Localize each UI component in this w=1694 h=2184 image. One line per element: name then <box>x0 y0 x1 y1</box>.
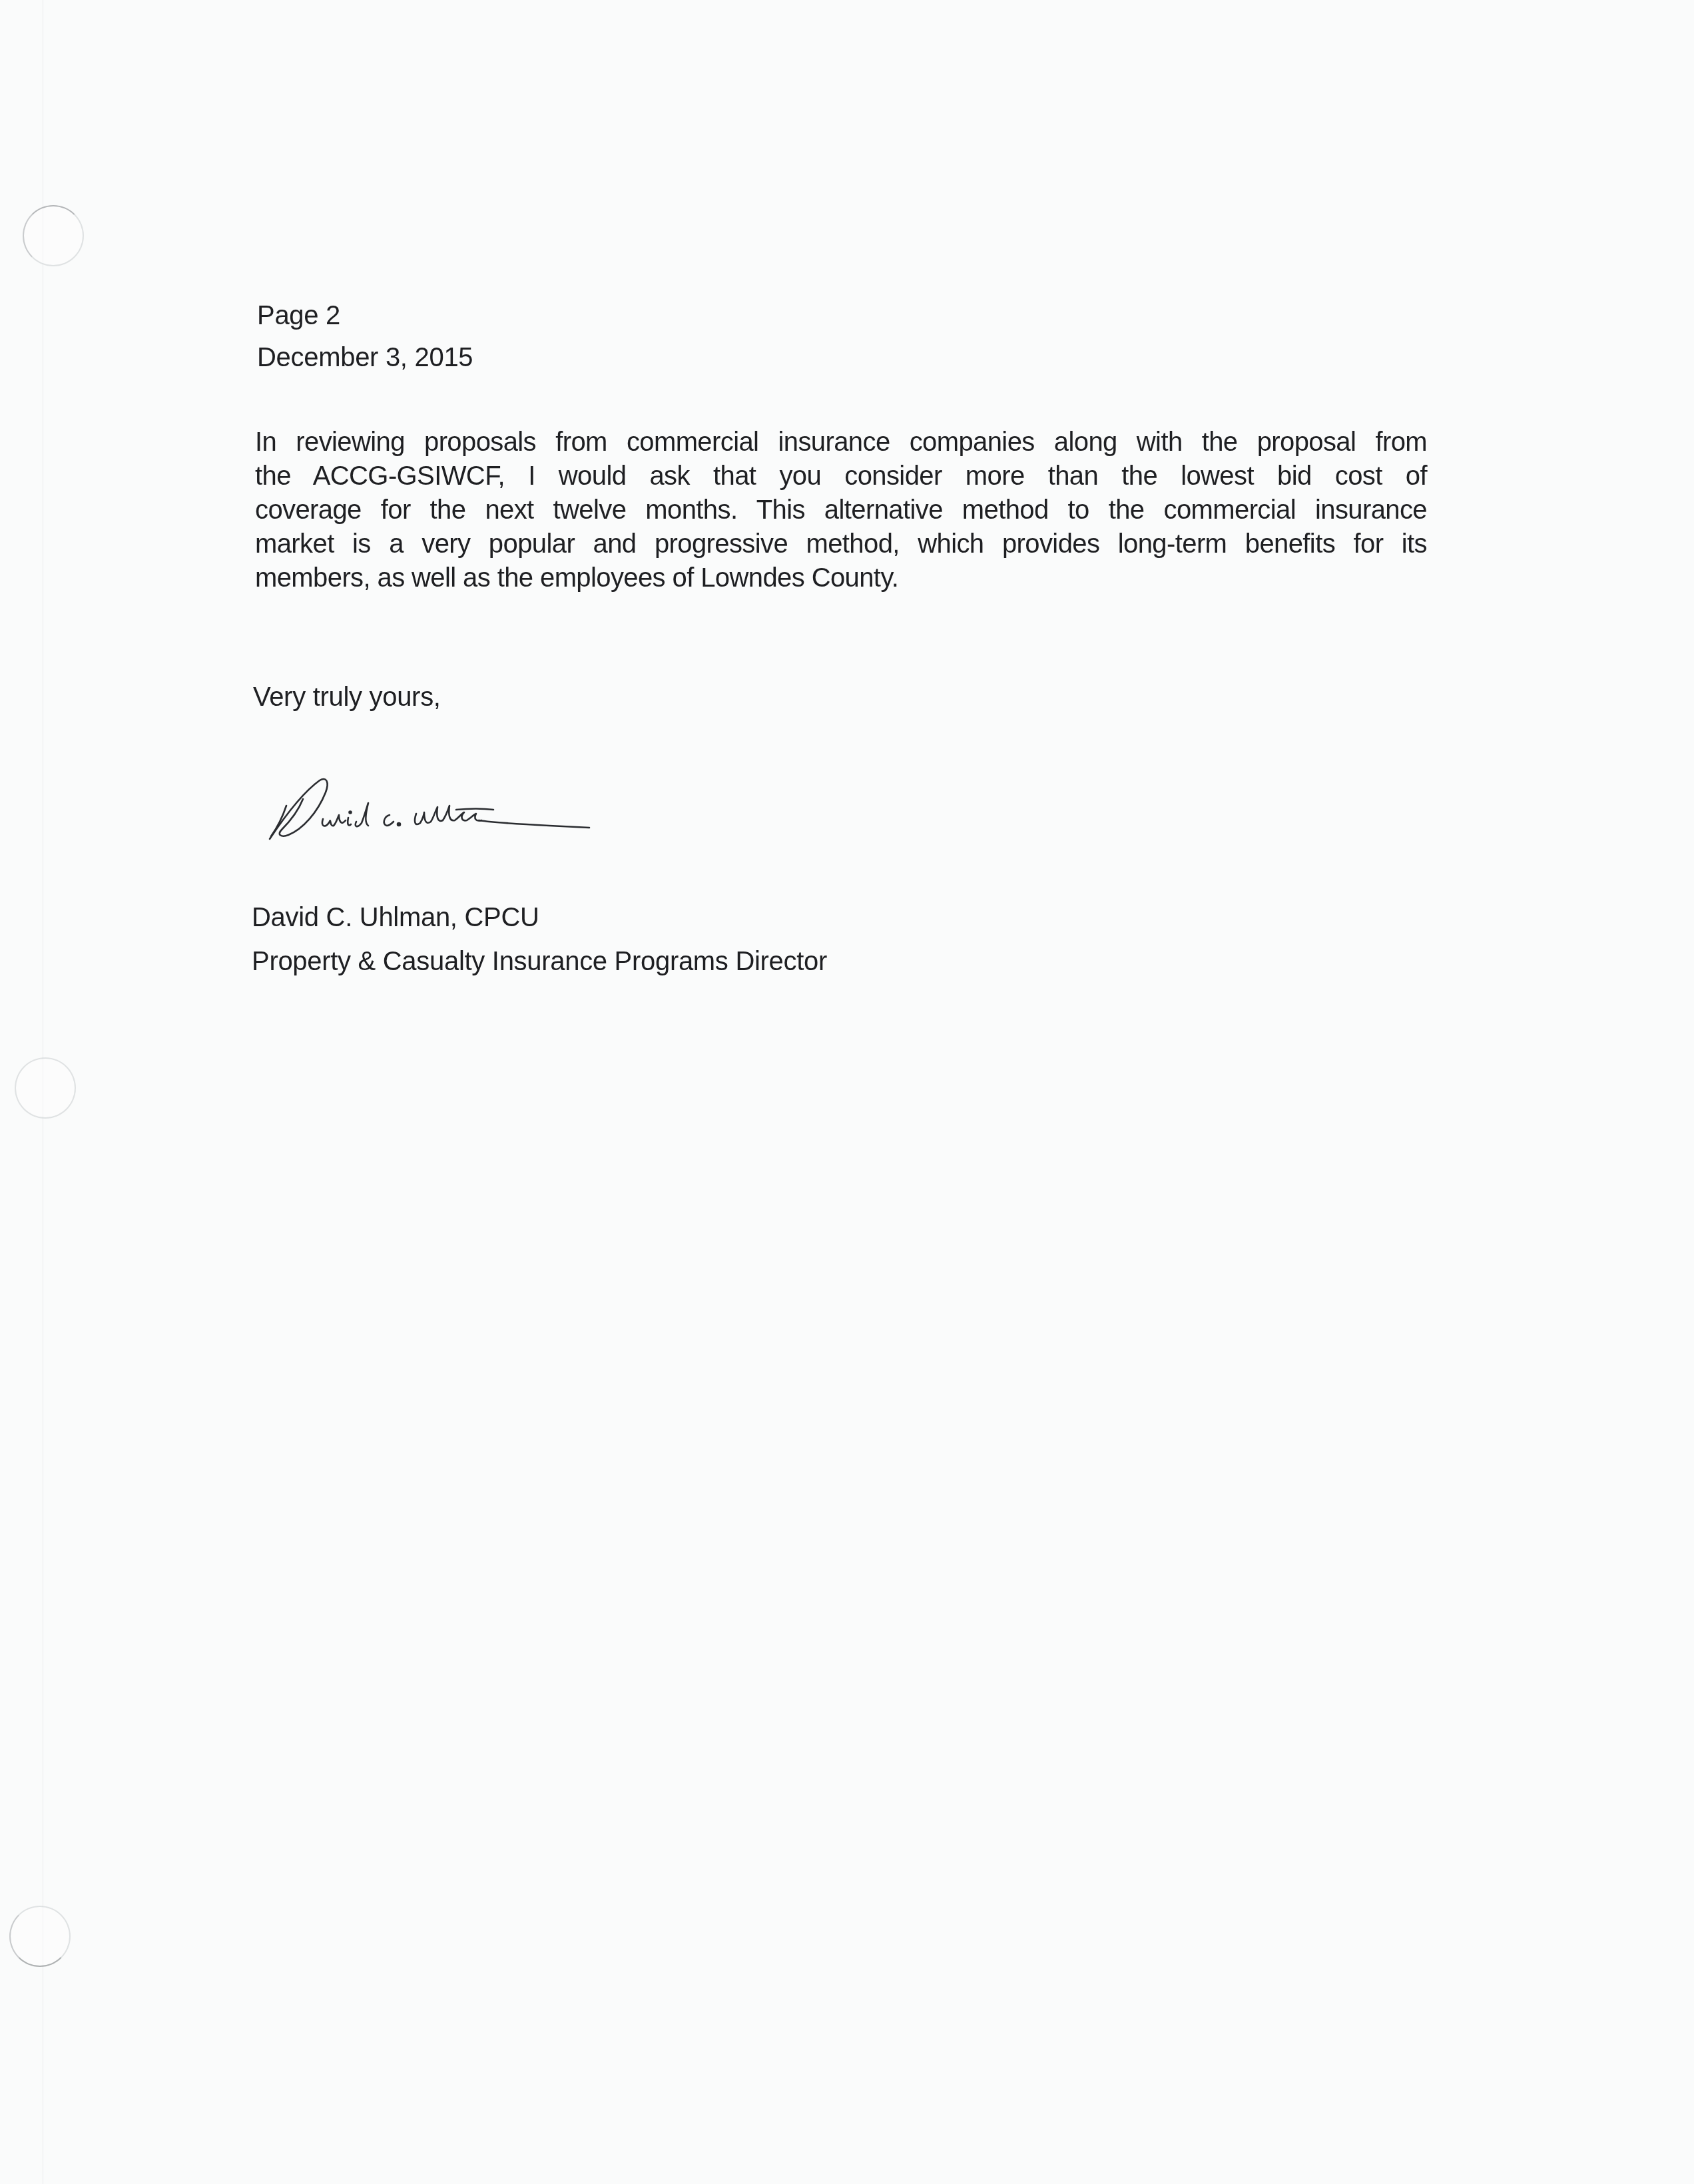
body-line: members, as well as the employees of Low… <box>255 562 1427 596</box>
body-line: the ACCG-GSIWCF, I would ask that you co… <box>255 460 1427 494</box>
page-number: Page 2 <box>257 301 340 331</box>
punch-hole-icon <box>23 205 84 266</box>
signer-name: David C. Uhlman, CPCU <box>252 903 539 933</box>
body-line: market is a very popular and progressive… <box>255 528 1427 562</box>
signer-title: Property & Casualty Insurance Programs D… <box>252 947 827 977</box>
scanned-letter-page: Page 2 December 3, 2015 In reviewing pro… <box>0 0 1694 2184</box>
punch-hole-icon <box>15 1057 76 1119</box>
closing-salutation: Very truly yours, <box>253 682 441 712</box>
punch-hole-icon <box>9 1906 71 1967</box>
signature-icon <box>256 766 603 846</box>
body-line: In reviewing proposals from commercial i… <box>255 426 1427 460</box>
letter-date: December 3, 2015 <box>257 343 473 373</box>
body-paragraph: In reviewing proposals from commercial i… <box>255 426 1427 596</box>
body-line: coverage for the next twelve months. Thi… <box>255 494 1427 528</box>
